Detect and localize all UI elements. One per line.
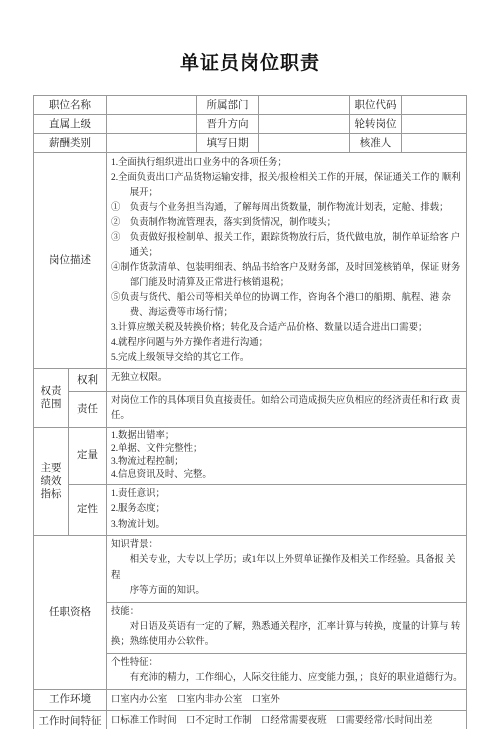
field-value-fill-date (259, 134, 350, 153)
field-value-rotation-position (402, 115, 467, 134)
section-label-work-time: 工作时间特征 (34, 710, 107, 729)
field-value-department (259, 96, 350, 115)
detail-table: 岗位描述 1.全面执行组织进出口业务中的各项任务； 2.全面负责出口产品货物运输… (33, 152, 467, 729)
field-value-position-name (107, 96, 197, 115)
work-environment-options: 口室内办公室 口室内非办公室 口室外 (107, 689, 467, 710)
document-page: 单证员岗位职责 职位名称 所属部门 职位代码 直属上级 晋升方向 轮转岗位 薪酬… (0, 0, 500, 729)
rights-text: 无独立权限。 (107, 369, 467, 392)
sub-label-rights: 权利 (69, 369, 107, 392)
field-label-rotation-position: 轮转岗位 (350, 115, 402, 134)
job-description-row: 岗位描述 1.全面执行组织进出口业务中的各项任务； 2.全面负责出口产品货物运输… (34, 153, 467, 369)
quantitative-kpi-text: 1.数据出错率； 2.单据、文件完整性； 3.物流过程控制； 4.信息资讯及时、… (107, 427, 467, 484)
field-label-direct-superior: 直属上级 (34, 115, 107, 134)
field-value-direct-superior (107, 115, 197, 134)
skills-text: 技能： 对日语及英语有一定的了解，熟悉通关程序，汇率计算与转换，度量的计算与 转… (107, 602, 467, 653)
field-label-salary-category: 薪酬类别 (34, 134, 107, 153)
work-time-row: 工作时间特征 口标准工作时间 口不定时工作制 口经常需要夜班 口需要经常/长时间… (34, 710, 467, 729)
section-label-work-environment: 工作环境 (34, 689, 107, 710)
sub-label-qualitative: 定性 (69, 484, 107, 535)
knowledge-background-text: 知识背景： 相关专业，大专以上学历；或1年以上外贸单证操作及相关工作经验。具备报… (107, 536, 467, 603)
sub-label-responsibility: 责任 (69, 392, 107, 428)
field-value-salary-category (107, 134, 197, 153)
field-label-promotion-direction: 晋升方向 (197, 115, 259, 134)
field-label-position-name: 职位名称 (34, 96, 107, 115)
field-label-approver: 核准人 (350, 134, 402, 153)
section-label-authority-scope: 权责 范围 (34, 369, 69, 428)
info-row-2: 直属上级 晋升方向 轮转岗位 (34, 115, 467, 134)
field-value-approver (402, 134, 467, 153)
quantitative-kpi-row: 主要 绩效 指标 定量 1.数据出错率； 2.单据、文件完整性； 3.物流过程控… (34, 427, 467, 484)
section-label-kpi: 主要 绩效 指标 (34, 427, 69, 535)
info-row-3: 薪酬类别 填写日期 核准人 (34, 134, 467, 153)
responsibility-row: 责任 对岗位工作的具体项目负直接责任。如给公司造成损失应负相应的经济责任和行政 … (34, 392, 467, 428)
job-description-text: 1.全面执行组织进出口业务中的各项任务； 2.全面负责出口产品货物运输安排，报关… (107, 153, 467, 369)
field-value-position-code (402, 96, 467, 115)
qualitative-kpi-text: 1.责任意识； 2.服务态度； 3.物流计划。 (107, 484, 467, 535)
field-label-department: 所属部门 (197, 96, 259, 115)
knowledge-background-row: 任职资格 知识背景： 相关专业，大专以上学历；或1年以上外贸单证操作及相关工作经… (34, 536, 467, 603)
page-title: 单证员岗位职责 (0, 0, 500, 75)
rights-row: 权责 范围 权利 无独立权限。 (34, 369, 467, 392)
section-label-qualifications: 任职资格 (34, 536, 107, 690)
field-value-promotion-direction (259, 115, 350, 134)
field-label-position-code: 职位代码 (350, 96, 402, 115)
field-label-fill-date: 填写日期 (197, 134, 259, 153)
personality-text: 个性特征： 有充沛的精力，工作细心，人际交往能力、应变能力强，；良好的职业道德行… (107, 653, 467, 689)
info-table: 职位名称 所属部门 职位代码 直属上级 晋升方向 轮转岗位 薪酬类别 填写日期 … (33, 95, 467, 153)
work-time-options: 口标准工作时间 口不定时工作制 口经常需要夜班 口需要经常/长时间出差 (107, 710, 467, 729)
responsibility-text: 对岗位工作的具体项目负直接责任。如给公司造成损失应负相应的经济责任和行政 责 任… (107, 392, 467, 428)
info-row-1: 职位名称 所属部门 职位代码 (34, 96, 467, 115)
work-environment-row: 工作环境 口室内办公室 口室内非办公室 口室外 (34, 689, 467, 710)
sub-label-quantitative: 定量 (69, 427, 107, 484)
section-label-job-description: 岗位描述 (34, 153, 107, 369)
qualitative-kpi-row: 定性 1.责任意识； 2.服务态度； 3.物流计划。 (34, 484, 467, 535)
